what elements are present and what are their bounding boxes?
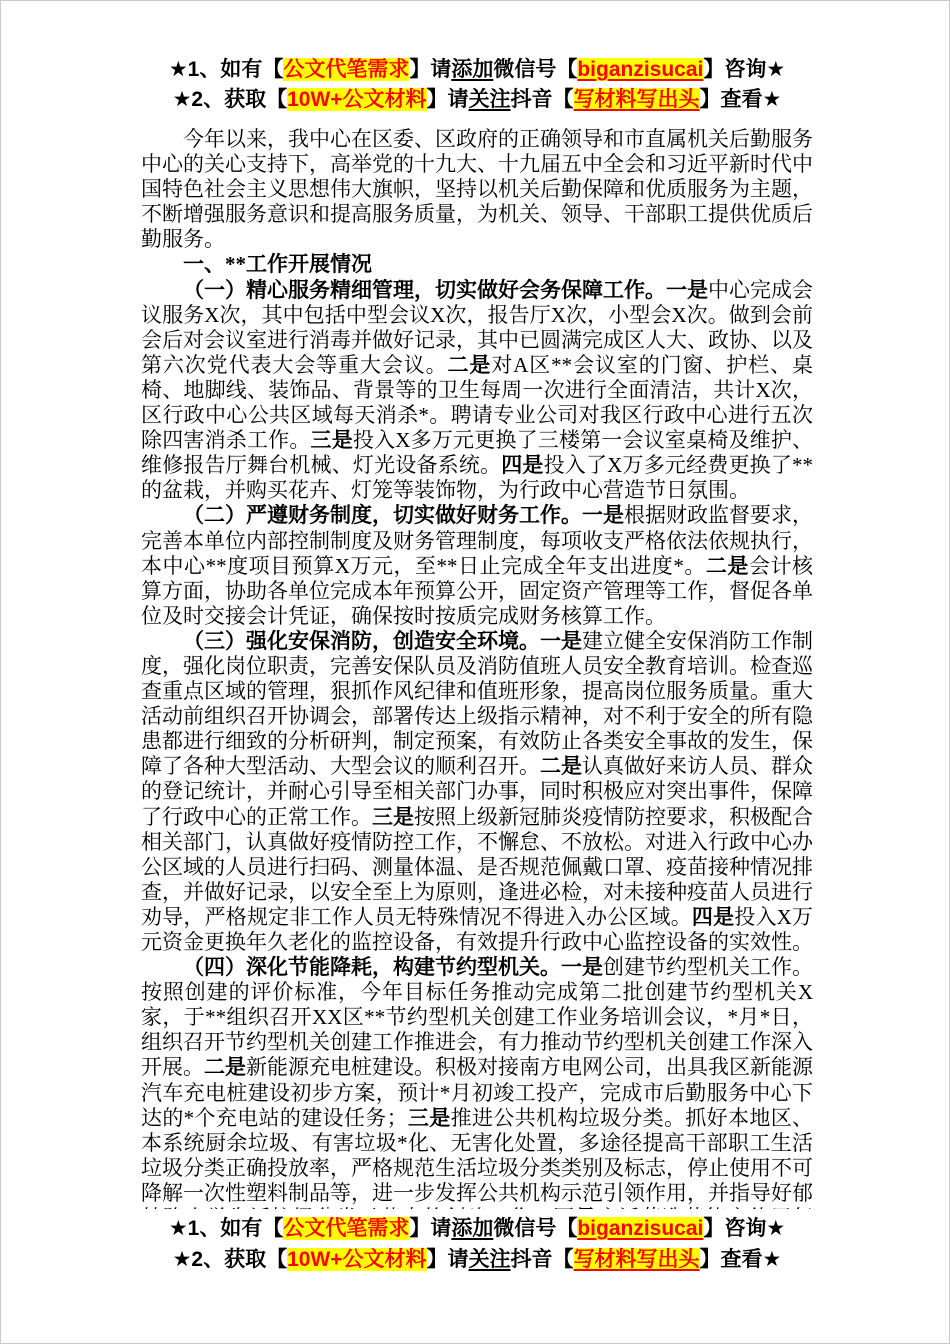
highlighted-keyword: 写材料写出头 xyxy=(574,88,700,111)
bold-text-run: 四是 xyxy=(553,1206,597,1209)
document-body: 今年以来，我中心在区委、区政府的正确领导和市直属机关后勤服务中心的关心支持下，高… xyxy=(141,127,813,1209)
bold-text-run: 三是 xyxy=(372,805,414,829)
bold-text-run: （三）强化安保消防，创造安全环境。一是 xyxy=(183,629,582,653)
bold-text-run: 三是 xyxy=(311,428,353,452)
footer-notice: ★1、如有【公文代笔需求】请添加微信号【biganzisucai】咨询★ ★2、… xyxy=(141,1213,813,1275)
text-run: 抖音【 xyxy=(511,1248,574,1271)
bold-text-run: 四是 xyxy=(501,453,543,477)
text-run: 微信号【 xyxy=(493,1217,577,1240)
highlighted-keyword: biganzisucai xyxy=(577,58,703,81)
text-run: 】查看★ xyxy=(700,1248,782,1271)
text-run: ★2、获取【 xyxy=(173,88,288,111)
text-run: ★2、获取【 xyxy=(173,1248,288,1271)
underlined-text: 关注 xyxy=(469,88,511,111)
text-run: 】请 xyxy=(409,1217,451,1240)
highlighted-keyword: biganzisucai xyxy=(577,1217,703,1240)
footer-notice-line-1: ★1、如有【公文代笔需求】请添加微信号【biganzisucai】咨询★ xyxy=(141,1213,813,1244)
text-run: ★1、如有【 xyxy=(169,1217,284,1240)
highlighted-keyword: 10W+公文材料 xyxy=(287,88,426,111)
text-run: 抖音【 xyxy=(511,88,574,111)
body-paragraph: （三）强化安保消防，创造安全环境。一是建立健全安保消防工作制度，强化岗位职责，完… xyxy=(141,629,813,955)
bold-text-run: 三是 xyxy=(408,1106,451,1130)
bold-text-run: 二是 xyxy=(448,353,492,377)
text-run: 】请 xyxy=(427,88,469,111)
highlighted-keyword: 公文代笔需求 xyxy=(283,58,409,81)
bold-text-run: （四）深化节能降耗，构建节约型机关。一是 xyxy=(183,955,603,979)
underlined-text: 添加 xyxy=(451,1217,493,1240)
text-run: 】请 xyxy=(427,1248,469,1271)
text-run: 今年以来，我中心在区委、区政府的正确领导和市直属机关后勤服务中心的关心支持下，高… xyxy=(141,127,813,251)
bold-text-run: 四是 xyxy=(692,905,734,929)
text-run: 】请 xyxy=(409,58,451,81)
footer-notice-line-2: ★2、获取【10W+公文材料】请关注抖音【写材料写出头】查看★ xyxy=(141,1244,813,1275)
body-paragraph: 今年以来，我中心在区委、区政府的正确领导和市直属机关后勤服务中心的关心支持下，高… xyxy=(141,127,813,252)
body-paragraph: （二）严遵财务制度，切实做好财务工作。一是根据财政监督要求，完善本单位内部控制制… xyxy=(141,503,813,628)
text-run: 】咨询★ xyxy=(703,58,785,81)
highlighted-keyword: 写材料写出头 xyxy=(574,1248,700,1271)
body-paragraph: （一）精心服务精细管理，切实做好会务保障工作。一是中心完成会议服务X次，其中包括… xyxy=(141,278,813,504)
header-notice: ★1、如有【公文代笔需求】请添加微信号【biganzisucai】咨询★ ★2、… xyxy=(141,55,813,115)
highlighted-keyword: 10W+公文材料 xyxy=(287,1248,426,1271)
bold-text-run: 二是 xyxy=(706,554,749,578)
bold-text-run: （二）严遵财务制度，切实做好财务工作。一是 xyxy=(183,503,624,527)
bold-text-run: 二是 xyxy=(204,1055,246,1079)
header-notice-line-2: ★2、获取【10W+公文材料】请关注抖音【写材料写出头】查看★ xyxy=(141,85,813,115)
text-run: 】查看★ xyxy=(700,88,782,111)
document-page: ★1、如有【公文代笔需求】请添加微信号【biganzisucai】咨询★ ★2、… xyxy=(0,0,950,1344)
text-run: 微信号【 xyxy=(493,58,577,81)
bold-text-run: （一）精心服务精细管理，切实做好会务保障工作。一是 xyxy=(183,278,708,302)
text-run: ★1、如有【 xyxy=(169,58,284,81)
body-paragraph: （四）深化节能降耗，构建节约型机关。一是创建节约型机关工作。按照创建的评价标准，… xyxy=(141,955,813,1209)
underlined-text: 添加 xyxy=(451,58,493,81)
bold-text-run: 一、**工作开展情况 xyxy=(183,252,372,276)
underlined-text: 关注 xyxy=(469,1248,511,1271)
bold-text-run: 二是 xyxy=(540,754,582,778)
highlighted-keyword: 公文代笔需求 xyxy=(283,1217,409,1240)
header-notice-line-1: ★1、如有【公文代笔需求】请添加微信号【biganzisucai】咨询★ xyxy=(141,55,813,85)
text-run: 】咨询★ xyxy=(703,1217,785,1240)
section-heading: 一、**工作开展情况 xyxy=(141,252,813,277)
